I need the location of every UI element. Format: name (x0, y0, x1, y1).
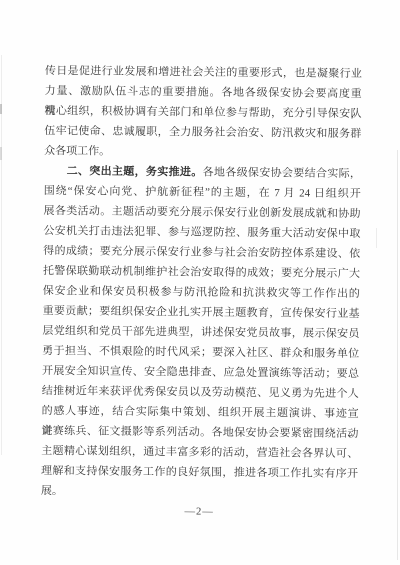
scan-edge-artifact (1, 55, 2, 455)
scan-edge-artifact (0, 147, 2, 160)
scan-edge-artifact (397, 150, 398, 560)
scanned-document-page: 传日是促进行业发展和增进社会关注的重要形式，也是凝聚行业 力量、激励队伍斗志的重… (0, 0, 400, 565)
scan-edge-artifact (376, 228, 377, 248)
text-line: 理解和支持保安服务工作的良好氛围，推进各项工作扎实有序开 (41, 461, 358, 484)
page-number: —2— (41, 501, 358, 524)
text-run: 各地各级保安协会要结合实际， (203, 167, 361, 181)
scan-edge-artifact (0, 104, 2, 114)
main-text: 传日是促进行业发展和增进社会关注的重要形式，也是凝聚行业 力量、激励队伍斗志的重… (41, 61, 362, 524)
section-heading: 二、突出主题，务实推进。 (44, 165, 203, 179)
